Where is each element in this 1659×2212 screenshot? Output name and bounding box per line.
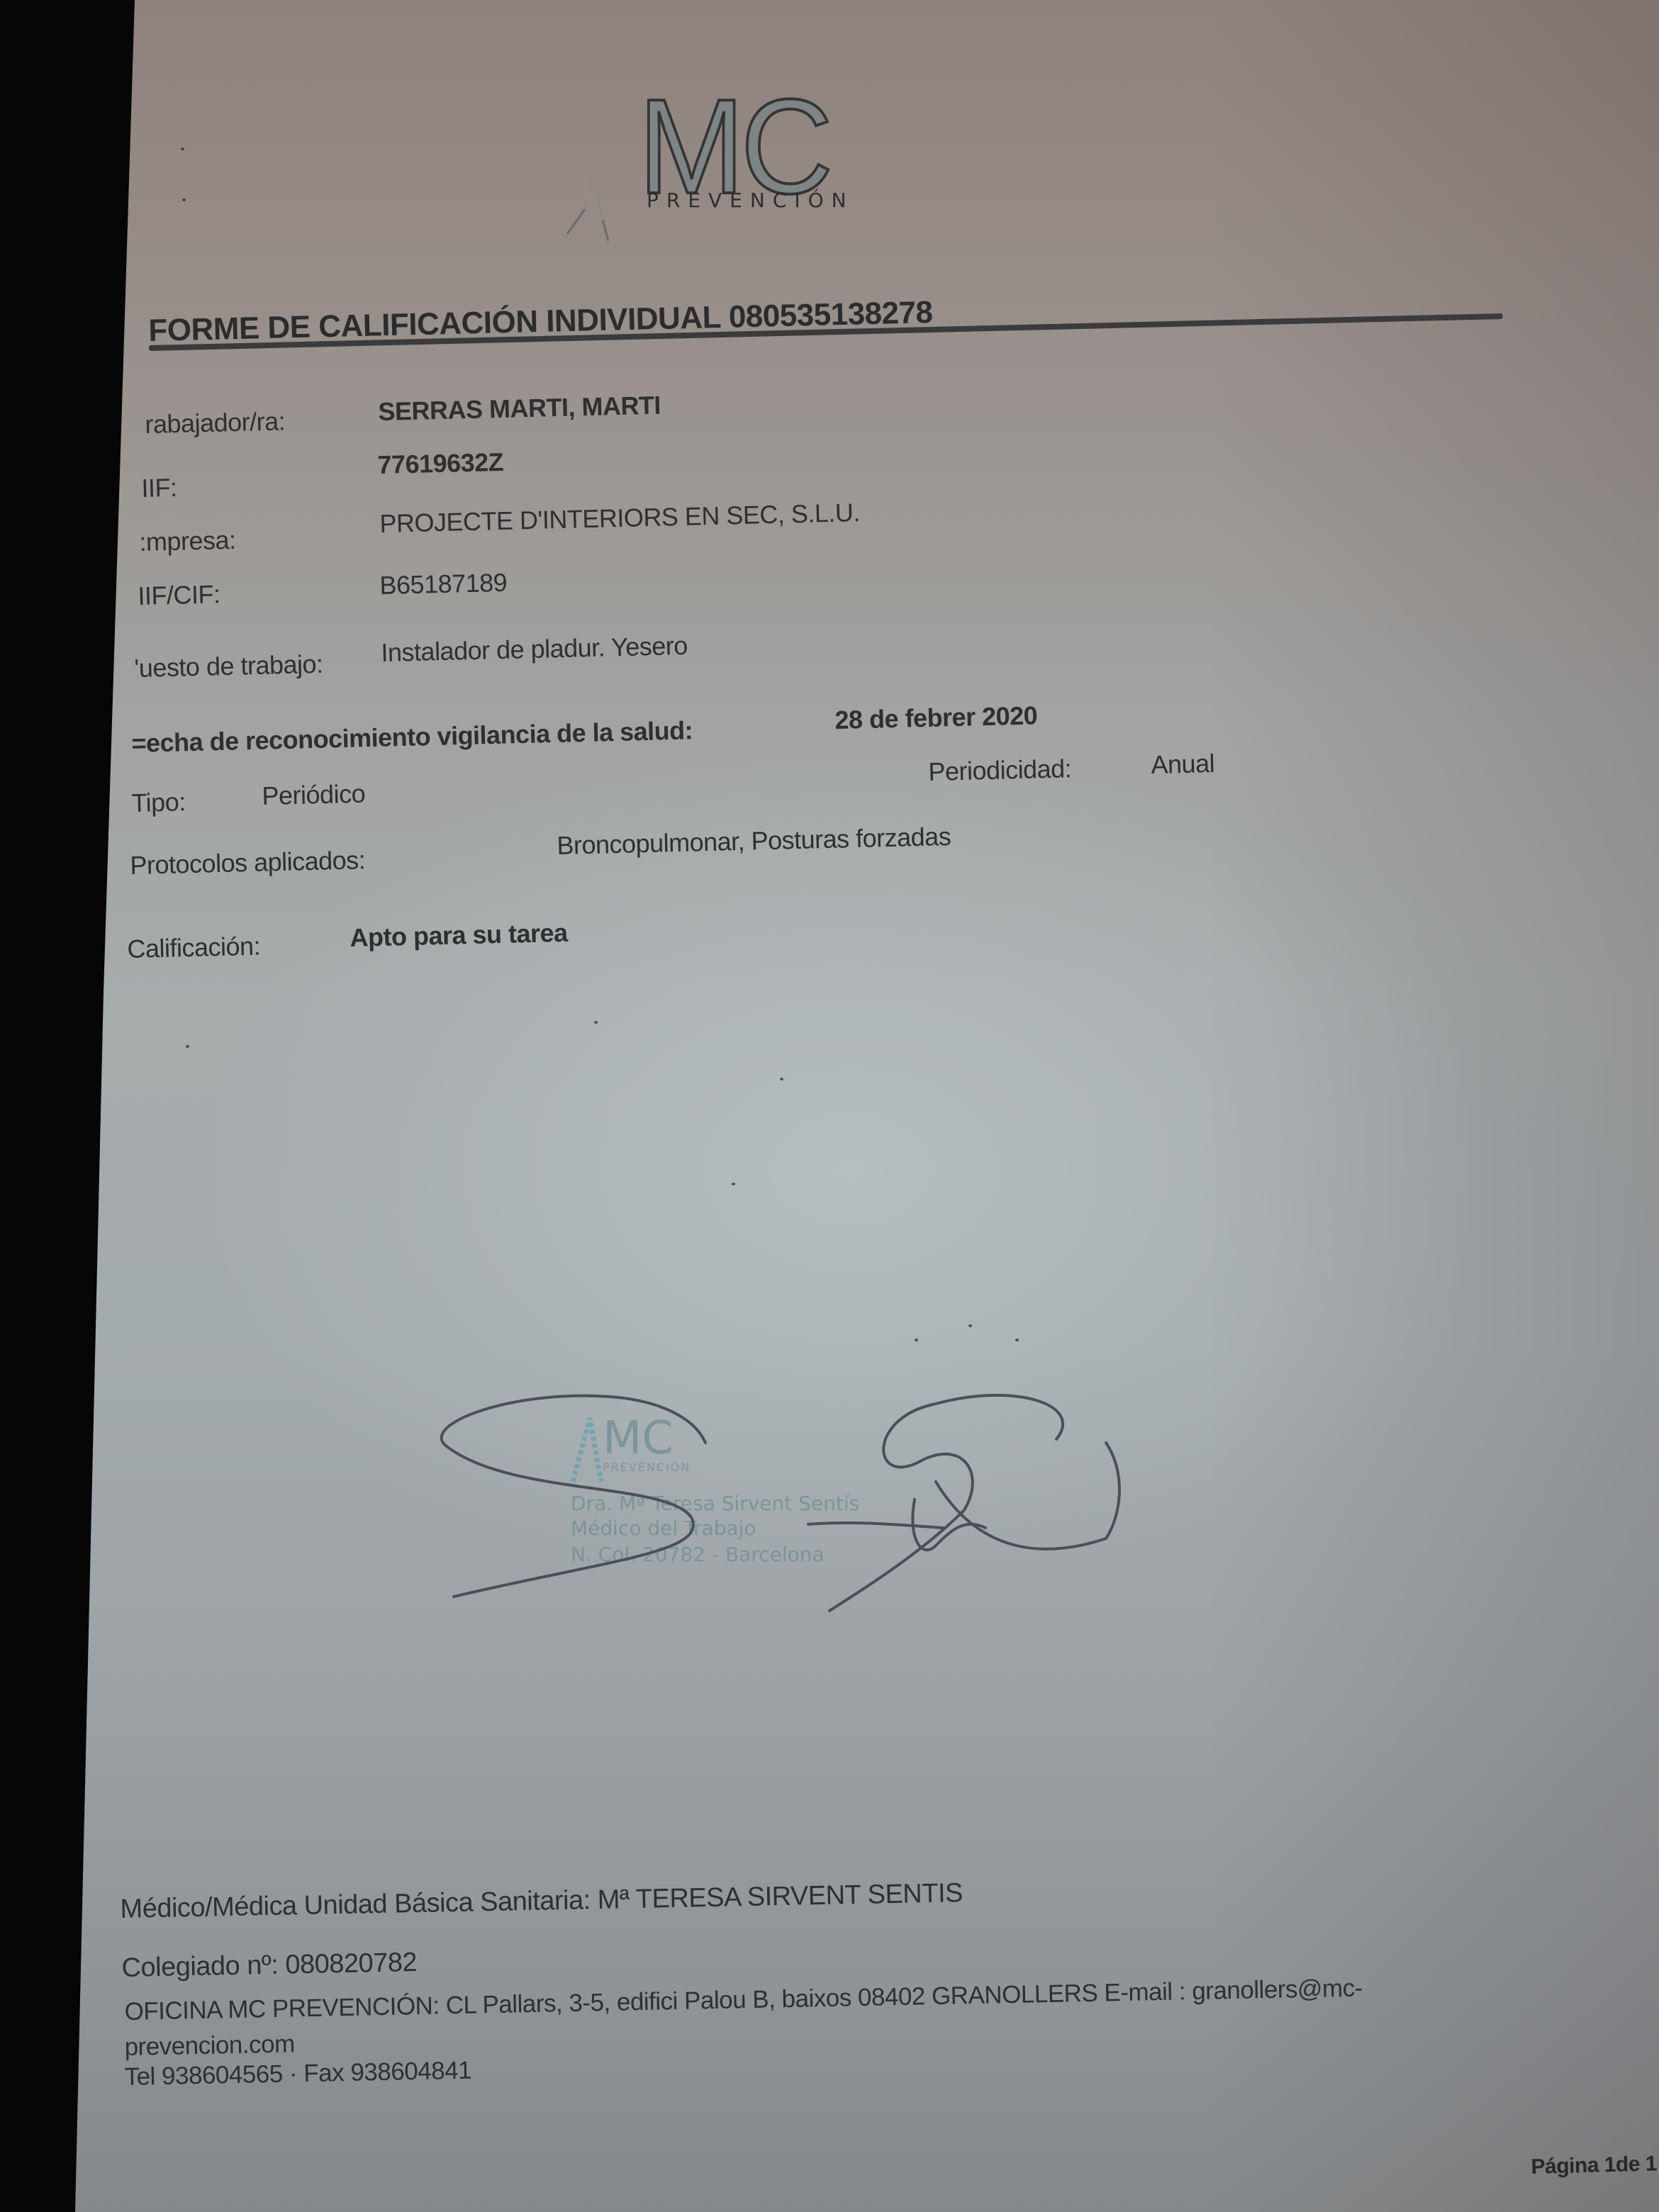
stamp-logo-icon — [573, 1418, 601, 1482]
footer-doctor: Médico/Médica Unidad Básica Sanitaria: M… — [120, 1878, 963, 1925]
job-value: Instalador de pladur. Yesero — [381, 631, 688, 668]
footer-phone-fax: Tel 938604565 · Fax 938604841 — [124, 2057, 471, 2091]
type-value: Periódico — [262, 779, 366, 811]
protocols-label: Protocolos aplicados: — [130, 845, 366, 881]
paper-speck — [968, 1324, 972, 1327]
company-label: :mpresa: — [139, 525, 236, 557]
job-label: 'uesto de trabajo: — [134, 649, 323, 683]
exam-date-value: 28 de febrer 2020 — [834, 700, 1038, 735]
paper-speck — [594, 1021, 598, 1024]
company-nif-label: IIF/CIF: — [138, 579, 220, 611]
type-label: Tipo: — [131, 787, 186, 818]
stamp-logo-subtitle: PREVENCIÓN — [603, 1460, 691, 1474]
nif-value: 77619632Z — [377, 447, 504, 480]
qualification-value: Apto para su tarea — [350, 918, 568, 953]
company-logo-subtitle: PREVENCIÓN — [647, 189, 854, 212]
page-number: Página 1de 1 — [1531, 2152, 1657, 2179]
stamp-line-doctor: Dra. Mª Teresa Sirvent Sentís — [571, 1492, 859, 1515]
paper-speck — [732, 1183, 735, 1185]
protocols-value: Broncopulmonar, Posturas forzadas — [557, 822, 951, 861]
paper-speck — [915, 1339, 918, 1341]
nif-label: IIF: — [141, 473, 177, 503]
company-value: PROJECTE D'INTERIORS EN SEC, S.L.U. — [379, 498, 860, 539]
footer-colegiado: Colegiado nº: 080820782 — [121, 1948, 417, 1984]
stamp-logo: MC — [603, 1412, 674, 1465]
stamp-line-role: Médico del Trabajo — [571, 1516, 756, 1540]
periodicity-value: Anual — [1151, 749, 1215, 780]
footer-office-address: OFICINA MC PREVENCIÓN: CL Pallars, 3-5, … — [124, 1974, 1363, 2026]
doctor-stamp-signature: MC PREVENCIÓN Dra. Mª Teresa Sirvent Sen… — [425, 1375, 1134, 1659]
paper-speck — [1015, 1339, 1019, 1341]
company-nif-value: B65187189 — [379, 568, 508, 601]
photo-stage: MC PREVENCIÓN FORME DE CALIFICACIÓN INDI… — [0, 0, 1659, 2212]
paper-speck — [24, 1730, 28, 1733]
worker-label: rabajador/ra: — [145, 406, 286, 440]
paper-sheet: MC PREVENCIÓN FORME DE CALIFICACIÓN INDI… — [0, 0, 1659, 2212]
paper-speck — [186, 1045, 189, 1048]
paper-speck — [182, 199, 186, 201]
qualification-label: Calificación: — [127, 932, 261, 964]
footer-office-email-cont: prevencion.com — [124, 2030, 295, 2062]
periodicity-label: Periodicidad: — [928, 754, 1072, 787]
worker-value: SERRAS MARTI, MARTI — [378, 391, 661, 427]
paper-speck — [780, 1078, 783, 1080]
exam-date-label: =echa de reconocimiento vigilancia de la… — [131, 715, 693, 759]
logo-faint-mark-icon — [553, 163, 638, 248]
paper-speck — [181, 147, 184, 150]
